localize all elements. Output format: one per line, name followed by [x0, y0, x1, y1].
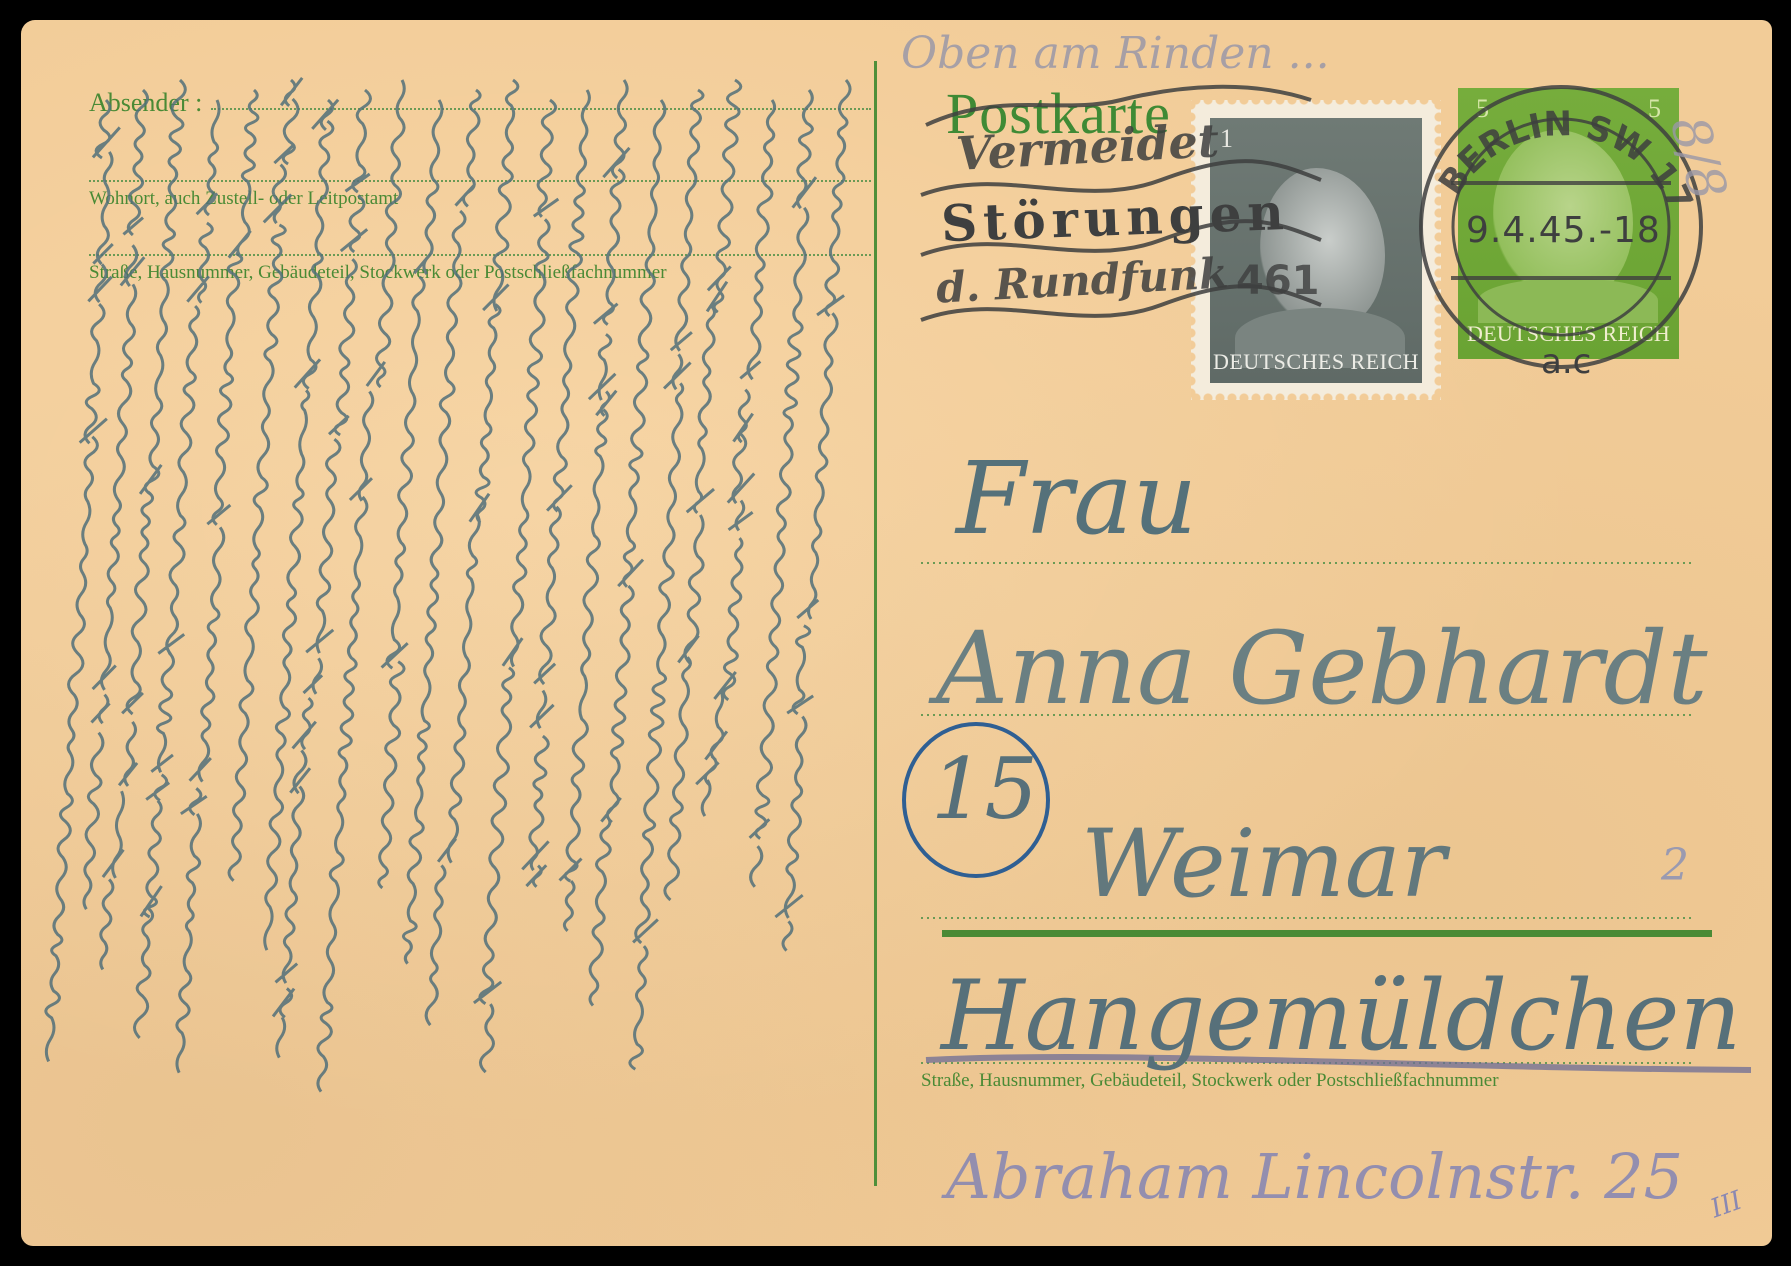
- postmark-date: 9.4.45.-18: [1466, 210, 1661, 251]
- address-street-struck: Hangemüldchen 14: [941, 960, 1772, 1072]
- address-name: Anna Gebhardt: [936, 610, 1708, 727]
- circled-number: 15: [931, 740, 1038, 838]
- pencil-redirect-address: Abraham Lincolnstr. 25: [946, 1140, 1683, 1213]
- address-city: Weimar: [1081, 810, 1446, 919]
- top-pencil-annotation: Oben am Rinden ...: [901, 28, 1330, 79]
- message-handwriting: [30, 76, 860, 1093]
- slogan-number: 461: [1236, 258, 1320, 304]
- strasse-label-address: Straße, Hausnummer, Gebäudeteil, Stockwe…: [921, 1070, 1499, 1092]
- postmark-code: a.c: [1541, 342, 1591, 382]
- slogan-line-2: Störungen: [940, 182, 1291, 253]
- address-salutation: Frau: [956, 440, 1197, 557]
- postcard: Absender : Wohnort, auch Zustell- oder L…: [21, 20, 1772, 1246]
- address-city-note: 2: [1661, 840, 1689, 891]
- city-underline-bar: [942, 930, 1712, 937]
